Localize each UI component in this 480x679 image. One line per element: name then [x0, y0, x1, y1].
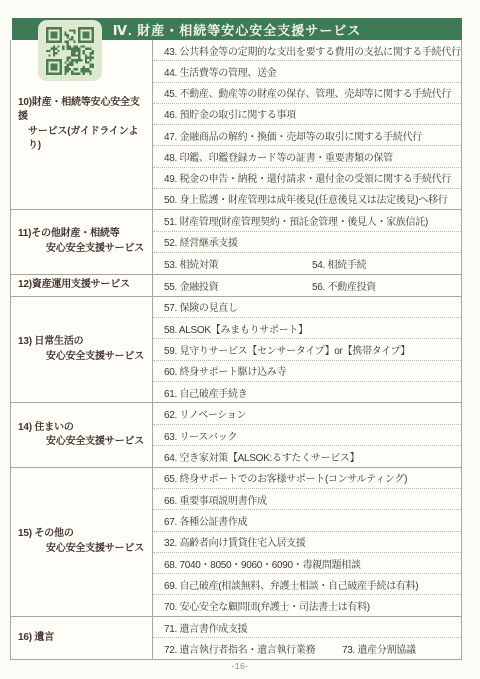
service-item-text: 72. 遺言執行者指名・遺言執行業務: [164, 641, 342, 656]
service-item-text: 66. 重要事項説明書作成: [164, 492, 267, 507]
service-item-row: 47. 金融商品の解約・換価・売却等の取引に関する手続代行: [153, 124, 461, 145]
service-item-text: 71. 遺言書作成支援: [164, 620, 247, 635]
category-label-line: 10)財産・相続等安心安全支援: [18, 96, 149, 125]
category-cell: 16) 遺言: [11, 617, 153, 659]
service-item-text: 47. 金融商品の解約・換価・売却等の取引に関する手続代行: [164, 128, 422, 143]
service-item-row: 65. 終身サポートでのお客様サポート(コンサルティング): [153, 468, 461, 488]
service-group: 15) その他の安心安全支援サービス65. 終身サポートでのお客様サポート(コン…: [11, 467, 461, 616]
qr-code: [38, 20, 102, 81]
service-item-text: 67. 各種公証書作成: [164, 513, 247, 528]
category-label-line: 安心安全支援サービス: [18, 542, 149, 557]
item-list: 57. 保険の見直し58. ALSOK【みまもりサポート】59. 見守りサービス…: [153, 297, 461, 403]
service-item-row: 45. 不動産、動産等の財産の保存、管理、売却等に関する手続代行: [153, 82, 461, 103]
service-item-text: 48. 印鑑、印鑑登録カード等の証書・重要書類の保管: [164, 149, 393, 164]
service-item-text: 70. 安心安全な顧問団(弁護士・司法書士は有料): [164, 598, 370, 613]
service-item-row: 66. 重要事項説明書作成: [153, 488, 461, 509]
category-label-line: 安心安全支援サービス: [18, 350, 149, 365]
service-item-text: 45. 不動産、動産等の財産の保存、管理、売却等に関する手続代行: [164, 85, 451, 100]
page-number: -16-: [0, 661, 480, 671]
service-item-row: 68. 7040・8050・9060・6090・毒親問題相談: [153, 552, 461, 573]
service-item-text: 56. 不動産投資: [312, 278, 376, 293]
service-item-text: 55. 金融投資: [164, 278, 312, 293]
category-label-line: 11)その他財産・相続等: [18, 227, 149, 242]
service-item-row: 58. ALSOK【みまもりサポート】: [153, 317, 461, 338]
service-item-row: 62. リノベーション: [153, 403, 461, 423]
service-item-row: 69. 自己破産(相談無料、弁護士相談・自己破産手続は有料): [153, 573, 461, 594]
service-item-row: 51. 財産管理(財産管理契約・預託金管理・後見人・家族信託): [153, 210, 461, 230]
service-item-text: 51. 財産管理(財産管理契約・預託金管理・後見人・家族信託): [164, 213, 428, 228]
service-item-text: 65. 終身サポートでのお客様サポート(コンサルティング): [164, 470, 407, 485]
category-cell: 13) 日常生活の安心安全支援サービス: [11, 297, 153, 403]
service-item-text: 53. 相続対策: [164, 256, 312, 271]
service-item-text: 49. 税金の申告・納税・還付請求・還付金の受領に関する手続代行: [164, 170, 451, 185]
service-item-text: 73. 遺産分割協議: [342, 641, 416, 656]
section-title: Ⅳ. 財産・相続等安心安全支援サービス: [113, 20, 362, 39]
service-item-row: 44. 生活費等の管理、送金: [153, 60, 461, 81]
service-item-text: 64. 空き家対策【ALSOK:るすたくサービス】: [164, 449, 359, 464]
service-item-text: 46. 預貯金の取引に関する事項: [164, 106, 296, 121]
item-list: 62. リノベーション63. リースバック64. 空き家対策【ALSOK:るすた…: [153, 403, 461, 466]
category-label-line: 15) その他の: [18, 527, 149, 542]
service-item-row: 59. 見守りサービス【センサータイプ】or【携帯タイプ】: [153, 338, 461, 359]
item-list: 43. 公共料金等の定期的な支出を要する費用の支払に関する手続代行44. 生活費…: [153, 40, 461, 209]
service-item-row: 67. 各種公証書作成: [153, 509, 461, 530]
service-item-row: 49. 税金の申告・納税・還付請求・還付金の受領に関する手続代行: [153, 167, 461, 188]
service-item-text: 54. 相続手続: [312, 256, 366, 271]
category-cell: 14) 住まいの安心安全支援サービス: [11, 403, 153, 466]
category-label-line: 14) 住まいの: [18, 421, 149, 436]
service-group: 13) 日常生活の安心安全支援サービス57. 保険の見直し58. ALSOK【み…: [11, 296, 461, 403]
service-item-text: 52. 経営継承支援: [164, 234, 238, 249]
service-item-row: 64. 空き家対策【ALSOK:るすたくサービス】: [153, 445, 461, 466]
service-item-text: 69. 自己破産(相談無料、弁護士相談・自己破産手続は有料): [164, 577, 418, 592]
service-item-row: 46. 預貯金の取引に関する事項: [153, 103, 461, 124]
service-item-row: 48. 印鑑、印鑑登録カード等の証書・重要書類の保管: [153, 145, 461, 166]
service-item-text: 62. リノベーション: [164, 406, 246, 421]
service-group: 12)資産運用支援サービス55. 金融投資56. 不動産投資: [11, 274, 461, 296]
service-item-row: 72. 遺言執行者指名・遺言執行業務73. 遺産分割協議: [153, 637, 461, 659]
qr-code-pattern: [46, 27, 94, 75]
category-label-line: サービス(ガイドラインより): [18, 125, 149, 154]
service-item-text: 50. 身上監護・財産管理は成年後見(任意後見又は法定後見)へ移行: [164, 191, 447, 206]
service-item-text: 68. 7040・8050・9060・6090・毒親問題相談: [164, 556, 361, 571]
service-item-row: 43. 公共料金等の定期的な支出を要する費用の支払に関する手続代行: [153, 40, 461, 60]
service-item-row: 55. 金融投資56. 不動産投資: [153, 275, 461, 296]
service-group: 11)その他財産・相続等安心安全支援サービス51. 財産管理(財産管理契約・預託…: [11, 209, 461, 273]
service-item-text: 32. 高齢者向け賃貸住宅入居支援: [164, 534, 306, 549]
service-item-row: 50. 身上監護・財産管理は成年後見(任意後見又は法定後見)へ移行: [153, 188, 461, 209]
item-list: 71. 遺言書作成支援72. 遺言執行者指名・遺言執行業務73. 遺産分割協議: [153, 617, 461, 659]
service-group: 16) 遺言71. 遺言書作成支援72. 遺言執行者指名・遺言執行業務73. 遺…: [11, 616, 461, 659]
category-label-line: 13) 日常生活の: [18, 335, 149, 350]
service-item-text: 44. 生活費等の管理、送金: [164, 64, 276, 79]
category-cell: 12)資産運用支援サービス: [11, 275, 153, 296]
category-label-line: 16) 遺言: [18, 631, 149, 646]
item-list: 65. 終身サポートでのお客様サポート(コンサルティング)66. 重要事項説明書…: [153, 468, 461, 616]
service-item-row: 52. 経営継承支援: [153, 231, 461, 252]
service-item-row: 32. 高齢者向け賃貸住宅入居支援: [153, 531, 461, 552]
category-label-line: 12)資産運用支援サービス: [18, 278, 149, 293]
service-item-text: 61. 自己破産手続き: [164, 385, 247, 400]
service-item-text: 59. 見守りサービス【センサータイプ】or【携帯タイプ】: [164, 342, 410, 357]
service-item-text: 63. リースバック: [164, 428, 237, 443]
service-item-row: 71. 遺言書作成支援: [153, 617, 461, 638]
service-item-row: 63. リースバック: [153, 424, 461, 445]
item-list: 51. 財産管理(財産管理契約・預託金管理・後見人・家族信託)52. 経営継承支…: [153, 210, 461, 273]
service-item-row: 53. 相続対策54. 相続手続: [153, 252, 461, 273]
category-cell: 11)その他財産・相続等安心安全支援サービス: [11, 210, 153, 273]
service-table: 10)財産・相続等安心安全支援サービス(ガイドラインより)43. 公共料金等の定…: [10, 40, 462, 660]
service-item-text: 43. 公共料金等の定期的な支出を要する費用の支払に関する手続代行: [164, 43, 461, 58]
service-item-text: 60. 終身サポート駆け込み寺: [164, 363, 286, 378]
category-cell: 15) その他の安心安全支援サービス: [11, 468, 153, 616]
service-item-row: 60. 終身サポート駆け込み寺: [153, 360, 461, 381]
service-item-row: 70. 安心安全な顧問団(弁護士・司法書士は有料): [153, 594, 461, 615]
service-group: 14) 住まいの安心安全支援サービス62. リノベーション63. リースバック6…: [11, 402, 461, 466]
service-item-text: 58. ALSOK【みまもりサポート】: [164, 321, 308, 336]
category-label-line: 安心安全支援サービス: [18, 435, 149, 450]
service-item-text: 57. 保険の見直し: [164, 299, 238, 314]
service-item-row: 57. 保険の見直し: [153, 297, 461, 317]
category-label-line: 安心安全支援サービス: [18, 242, 149, 257]
service-item-row: 61. 自己破産手続き: [153, 381, 461, 402]
item-list: 55. 金融投資56. 不動産投資: [153, 275, 461, 296]
